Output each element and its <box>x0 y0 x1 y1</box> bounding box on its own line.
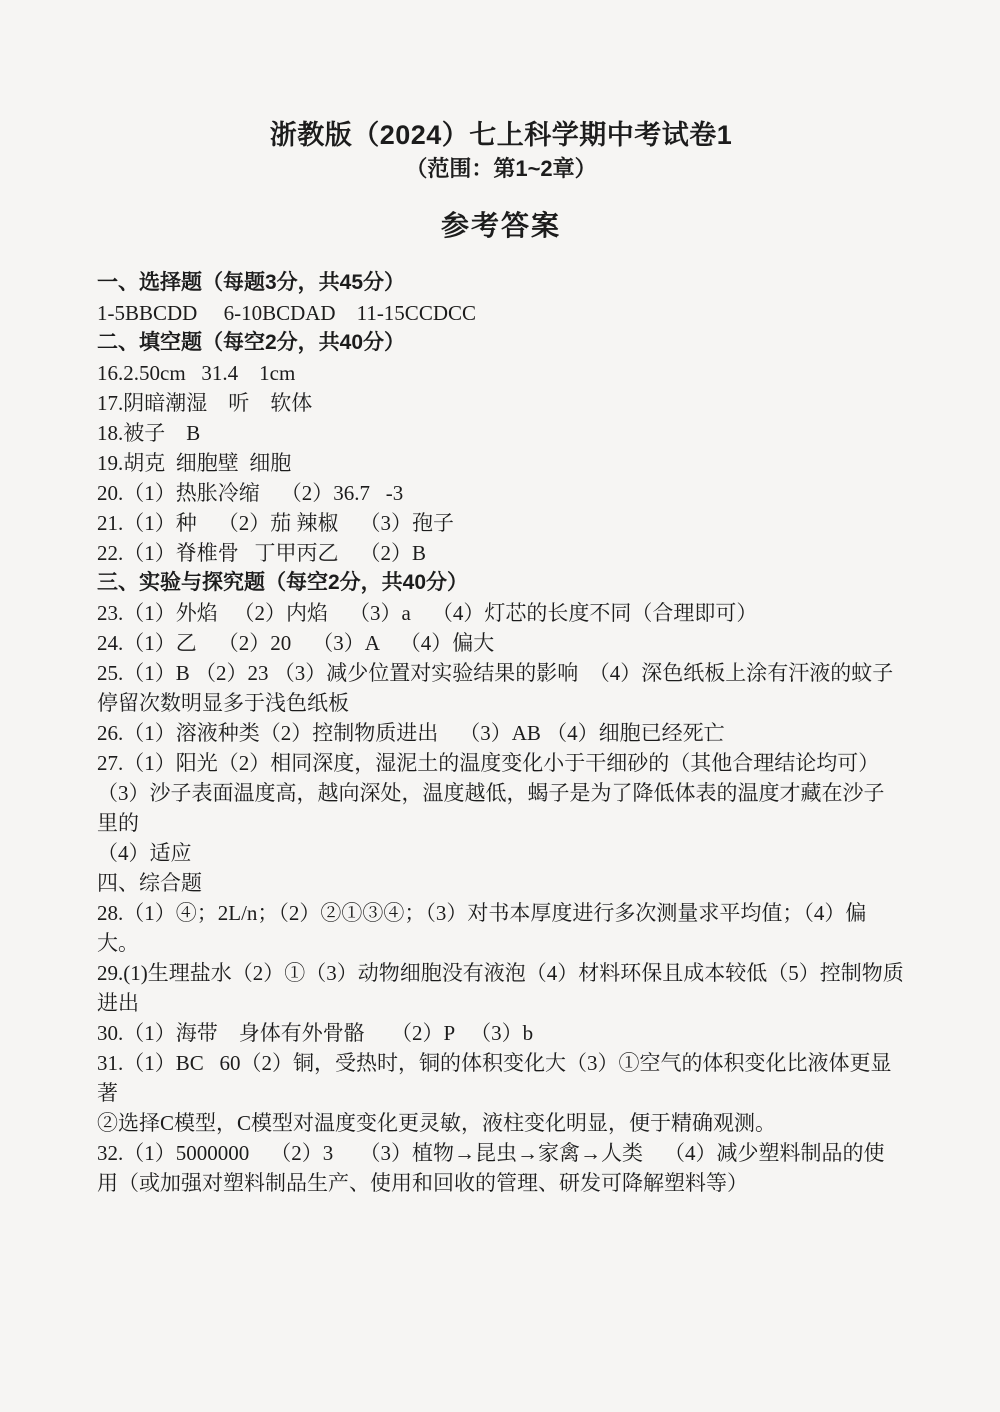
section-heading: 二、填空题（每空2分，共40分） <box>97 328 905 358</box>
answer-line: 27.（1）阳光（2）相同深度，湿泥土的温度变化小于干细砂的（其他合理结论均可） <box>97 748 905 778</box>
answer-sections: 一、选择题（每题3分，共45分）1-5BBCDD 6-10BCDAD 11-15… <box>97 268 905 1198</box>
answer-line: 16.2.50cm 31.4 1cm <box>97 358 905 388</box>
section-heading: 三、实验与探究题（每空2分，共40分） <box>97 568 905 598</box>
answer-line: 22.（1）脊椎骨 丁甲丙乙 （2）B <box>97 538 905 568</box>
answer-line: （3）沙子表面温度高，越向深处，温度越低，蝎子是为了降低体表的温度才藏在沙子里的 <box>97 778 905 838</box>
answer-section: 二、填空题（每空2分，共40分）16.2.50cm 31.4 1cm17.阴暗潮… <box>97 328 905 568</box>
answer-section: 一、选择题（每题3分，共45分）1-5BBCDD 6-10BCDAD 11-15… <box>97 268 905 328</box>
section-heading: 一、选择题（每题3分，共45分） <box>97 268 905 298</box>
answer-section: 三、实验与探究题（每空2分，共40分）23.（1）外焰 （2）内焰 （3）a （… <box>97 568 905 868</box>
document-title: 浙教版（2024）七上科学期中考试卷1 <box>97 118 905 152</box>
answer-line: 26.（1）溶液种类（2）控制物质进出 （3）AB （4）细胞已经死亡 <box>97 718 905 748</box>
answer-line: （4）适应 <box>97 838 905 868</box>
answer-line: ②选择C模型，C模型对温度变化更灵敏，液柱变化明显，便于精确观测。 <box>97 1108 905 1138</box>
section-heading: 四、综合题 <box>97 868 905 898</box>
answer-line: 17.阴暗潮湿 听 软体 <box>97 388 905 418</box>
answer-key-heading: 参考答案 <box>97 208 905 244</box>
answer-line: 20.（1）热胀冷缩 （2）36.7 -3 <box>97 478 905 508</box>
answer-line: 24.（1）乙 （2）20 （3）A （4）偏大 <box>97 628 905 658</box>
answer-line: 29.(1)生理盐水（2）①（3）动物细胞没有液泡（4）材料环保且成本较低（5）… <box>97 958 905 1018</box>
answer-section: 四、综合题28.（1）④；2L/n；（2）②①③④；（3）对书本厚度进行多次测量… <box>97 868 905 1198</box>
answer-key-page: 浙教版（2024）七上科学期中考试卷1 （范围：第1~2章） 参考答案 一、选择… <box>0 0 1000 1412</box>
answer-line: 19.胡克 细胞壁 细胞 <box>97 448 905 478</box>
answer-line: 31.（1）BC 60（2）铜，受热时，铜的体积变化大（3）①空气的体积变化比液… <box>97 1048 905 1108</box>
answer-line: 25.（1）B （2）23 （3）减少位置对实验结果的影响 （4）深色纸板上涂有… <box>97 658 905 718</box>
answer-line: 30.（1）海带 身体有外骨骼 （2）P （3）b <box>97 1018 905 1048</box>
document-subtitle: （范围：第1~2章） <box>97 154 905 184</box>
answer-line: 32.（1）5000000 （2）3 （3）植物→昆虫→家禽→人类 （4）减少塑… <box>97 1138 905 1198</box>
answer-line: 23.（1）外焰 （2）内焰 （3）a （4）灯芯的长度不同（合理即可） <box>97 598 905 628</box>
answer-line: 1-5BBCDD 6-10BCDAD 11-15CCDCC <box>97 298 905 328</box>
answer-line: 28.（1）④；2L/n；（2）②①③④；（3）对书本厚度进行多次测量求平均值；… <box>97 898 905 958</box>
answer-line: 21.（1）种 （2）茄 辣椒 （3）孢子 <box>97 508 905 538</box>
answer-line: 18.被子 B <box>97 418 905 448</box>
